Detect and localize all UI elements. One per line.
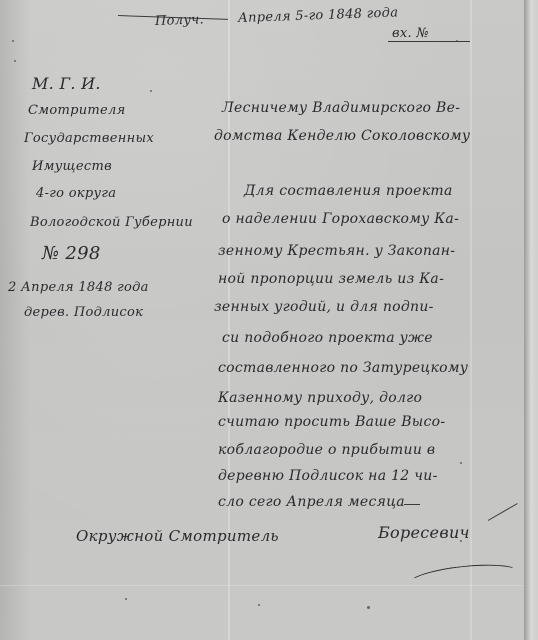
signature-title: Окружной Смотритель — [76, 527, 279, 545]
body-line: Для составления проекта — [244, 183, 453, 199]
sender-title: Имуществ — [32, 159, 112, 174]
incoming-note: вх. № — [392, 26, 429, 41]
paper-speck — [150, 90, 152, 92]
paper-speck — [12, 40, 14, 42]
body-line: считаю просить Ваше Высо- — [218, 414, 445, 430]
body-line: ной пропорции земель из Ка- — [218, 271, 444, 287]
signature-flourish — [407, 560, 521, 596]
addressee-line: домства Кенделю Соколовскому — [214, 128, 470, 144]
received-note: Получ. — [155, 12, 205, 29]
header-underline — [388, 41, 470, 42]
fold-line — [470, 0, 472, 640]
body-line: зенному Крестьян. у Закопан- — [218, 243, 455, 259]
signature-stroke — [488, 503, 518, 521]
sender-title: Государственных — [24, 131, 154, 146]
body-line: коблагородие о прибытии в — [218, 442, 435, 458]
line-end-dash — [404, 504, 420, 505]
document-number: № 298 — [42, 243, 101, 264]
body-line: о наделении Горохавскому Ка- — [222, 211, 459, 227]
body-line: сло сего Апреля месяца — [218, 494, 405, 510]
district-line: 4-го округа — [36, 186, 116, 201]
paper-speck — [14, 60, 16, 62]
body-line: зенных угодий, и для подпи- — [214, 299, 434, 315]
paper-speck — [460, 462, 462, 464]
paper-speck — [125, 598, 127, 600]
body-line: составленного по Затурецкому — [218, 360, 468, 376]
paper-speck — [367, 606, 370, 609]
sender-place: дерев. Подлисок — [24, 305, 143, 320]
signature-name: Боресевич — [378, 523, 470, 542]
paper-edge — [524, 0, 538, 640]
body-line: Казенному приходу, долго — [218, 390, 422, 406]
paper-shadow — [0, 0, 30, 640]
body-line: деревню Подлисок на 12 чи- — [218, 468, 438, 484]
date-line: Апреля 5-го 1848 года — [238, 5, 399, 26]
sender-initials: М. Г. И. — [32, 74, 101, 93]
body-line: си подобного проекта уже — [222, 330, 433, 346]
sender-title: Смотрителя — [28, 103, 125, 118]
addressee-line: Лесничему Владимирского Ве- — [222, 100, 460, 116]
sender-date: 2 Апреля 1848 года — [8, 280, 149, 295]
paper-speck — [258, 604, 260, 606]
document-page: Получ. Апреля 5-го 1848 года вх. № М. Г.… — [0, 0, 526, 640]
province-line: Вологодской Губернии — [30, 215, 193, 230]
